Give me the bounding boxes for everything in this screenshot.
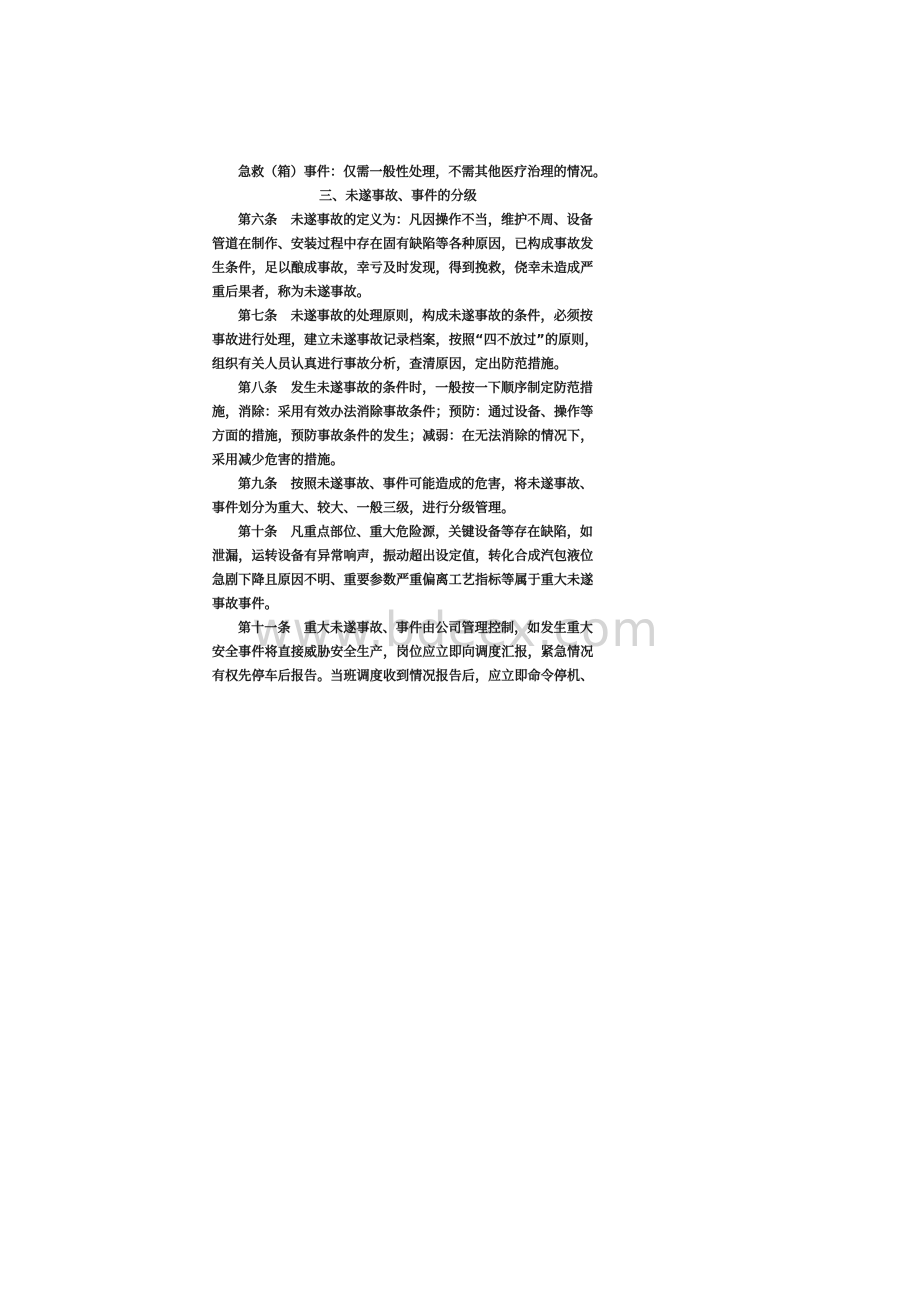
text-line: 急剧下降且原因不明、重要参数严重偏离工艺指标等属于重大未遂 — [212, 569, 584, 593]
document-page: www.bdeex.com 急救（箱）事件：仅需一般性处理，不需其他医疗治理的情… — [0, 0, 920, 1302]
text-line: 管道在制作、安装过程中存在固有缺陷等各种原因，已构成事故发 — [212, 233, 584, 257]
text-line: 有权先停车后报告。当班调度收到情况报告后，应立即命令停机、 — [212, 665, 584, 689]
text-line: 泄漏，运转设备有异常响声，振动超出设定值，转化合成汽包液位 — [212, 545, 584, 569]
text-block: 急救（箱）事件：仅需一般性处理，不需其他医疗治理的情况。三、未遂事故、事件的分级… — [212, 161, 584, 689]
text-line: 第十条 凡重点部位、重大危险源，关键设备等存在缺陷，如 — [212, 521, 584, 545]
text-line: 事故事件。 — [212, 593, 584, 617]
text-line: 采用减少危害的措施。 — [212, 449, 584, 473]
text-line: 生条件，足以酿成事故，幸亏及时发现，得到挽救，侥幸未造成严 — [212, 257, 584, 281]
text-line: 事件划分为重大、较大、一般三级，进行分级管理。 — [212, 497, 584, 521]
text-line: 第十一条 重大未遂事故、事件由公司管理控制，如发生重大 — [212, 617, 584, 641]
text-line: 方面的措施，预防事故条件的发生；减弱：在无法消除的情况下， — [212, 425, 584, 449]
text-line: 安全事件将直接威胁安全生产，岗位应立即向调度汇报，紧急情况 — [212, 641, 584, 665]
text-line: 第八条 发生未遂事故的条件时，一般按一下顺序制定防范措 — [212, 377, 584, 401]
text-line: 第七条 未遂事故的处理原则，构成未遂事故的条件，必须按 — [212, 305, 584, 329]
text-line: 重后果者，称为未遂事故。 — [212, 281, 584, 305]
text-line: 三、未遂事故、事件的分级 — [212, 185, 584, 209]
text-line: 组织有关人员认真进行事故分析，查清原因，定出防范措施。 — [212, 353, 584, 377]
text-line: 施，消除：采用有效办法消除事故条件；预防：通过设备、操作等 — [212, 401, 584, 425]
text-line: 第六条 未遂事故的定义为：凡因操作不当，维护不周、设备 — [212, 209, 584, 233]
text-line: 第九条 按照未遂事故、事件可能造成的危害，将未遂事故、 — [212, 473, 584, 497]
text-line: 事故进行处理，建立未遂事故记录档案，按照“四不放过”的原则， — [212, 329, 584, 353]
text-line: 急救（箱）事件：仅需一般性处理，不需其他医疗治理的情况。 — [212, 161, 584, 185]
